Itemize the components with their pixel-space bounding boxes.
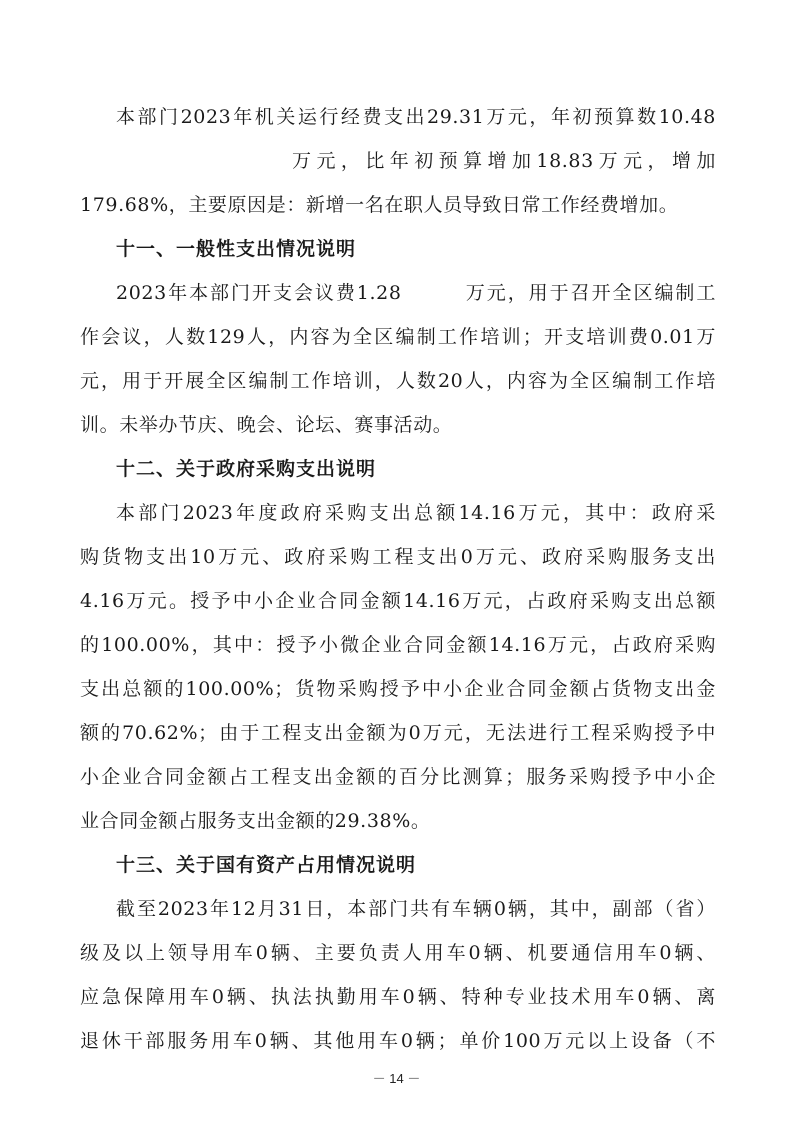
section-heading-13: 十三、关于国有资产占用情况说明: [116, 852, 752, 878]
paragraph-line: 179.68%，主要原因是：新增一名在职人员导致日常工作经费增加。: [80, 192, 716, 218]
paragraph-line: 额的70.62%；由于工程支出金额为0万元，无法进行工程采购授予中: [80, 720, 716, 746]
paragraph-line: 截至2023年12月31日，本部门共有车辆0辆，其中，副部（省）: [116, 896, 716, 922]
paragraph-line: 退休干部服务用车0辆、其他用车0辆；单价100万元以上设备（不: [80, 1028, 716, 1054]
paragraph-line: 作会议，人数129人，内容为全区编制工作培训；开支培训费0.01万: [80, 324, 716, 350]
paragraph-line: 训。未举办节庆、晚会、论坛、赛事活动。: [80, 412, 716, 438]
paragraph-line: 万元，比年初预算增加18.83万元，增加: [292, 148, 716, 174]
paragraph-line: 小企业合同金额占工程支出金额的百分比测算；服务采购授予中小企: [80, 764, 716, 790]
paragraph-line: 4.16万元。授予中小企业合同金额14.16万元，占政府采购支出总额: [80, 588, 716, 614]
section-heading-11: 十一、一般性支出情况说明: [116, 236, 752, 262]
paragraph-line: 购货物支出10万元、政府采购工程支出0万元、政府采购服务支出: [80, 544, 716, 570]
paragraph-line: 应急保障用车0辆、执法执勤用车0辆、特种专业技术用车0辆、离: [80, 984, 716, 1010]
page-number: － 14 －: [0, 1068, 793, 1087]
paragraph-line: 支出总额的100.00%；货物采购授予中小企业合同金额占货物支出金: [80, 676, 716, 702]
paragraph-line: 级及以上领导用车0辆、主要负责人用车0辆、机要通信用车0辆、: [80, 940, 716, 966]
paragraph-line: 元，用于开展全区编制工作培训，人数20人，内容为全区编制工作培: [80, 368, 716, 394]
paragraph-line: 2023年本部门开支会议费1.28 万元，用于召开全区编制工: [116, 280, 716, 306]
paragraph-line: 本部门2023年机关运行经费支出29.31万元，年初预算数10.48: [116, 104, 716, 130]
section-heading-12: 十二、关于政府采购支出说明: [116, 456, 752, 482]
paragraph-line: 的100.00%，其中：授予小微企业合同金额14.16万元，占政府采购: [80, 632, 716, 658]
paragraph-line: 本部门2023年度政府采购支出总额14.16万元，其中：政府采: [116, 500, 716, 526]
paragraph-line: 业合同金额占服务支出金额的29.38%。: [80, 808, 716, 834]
